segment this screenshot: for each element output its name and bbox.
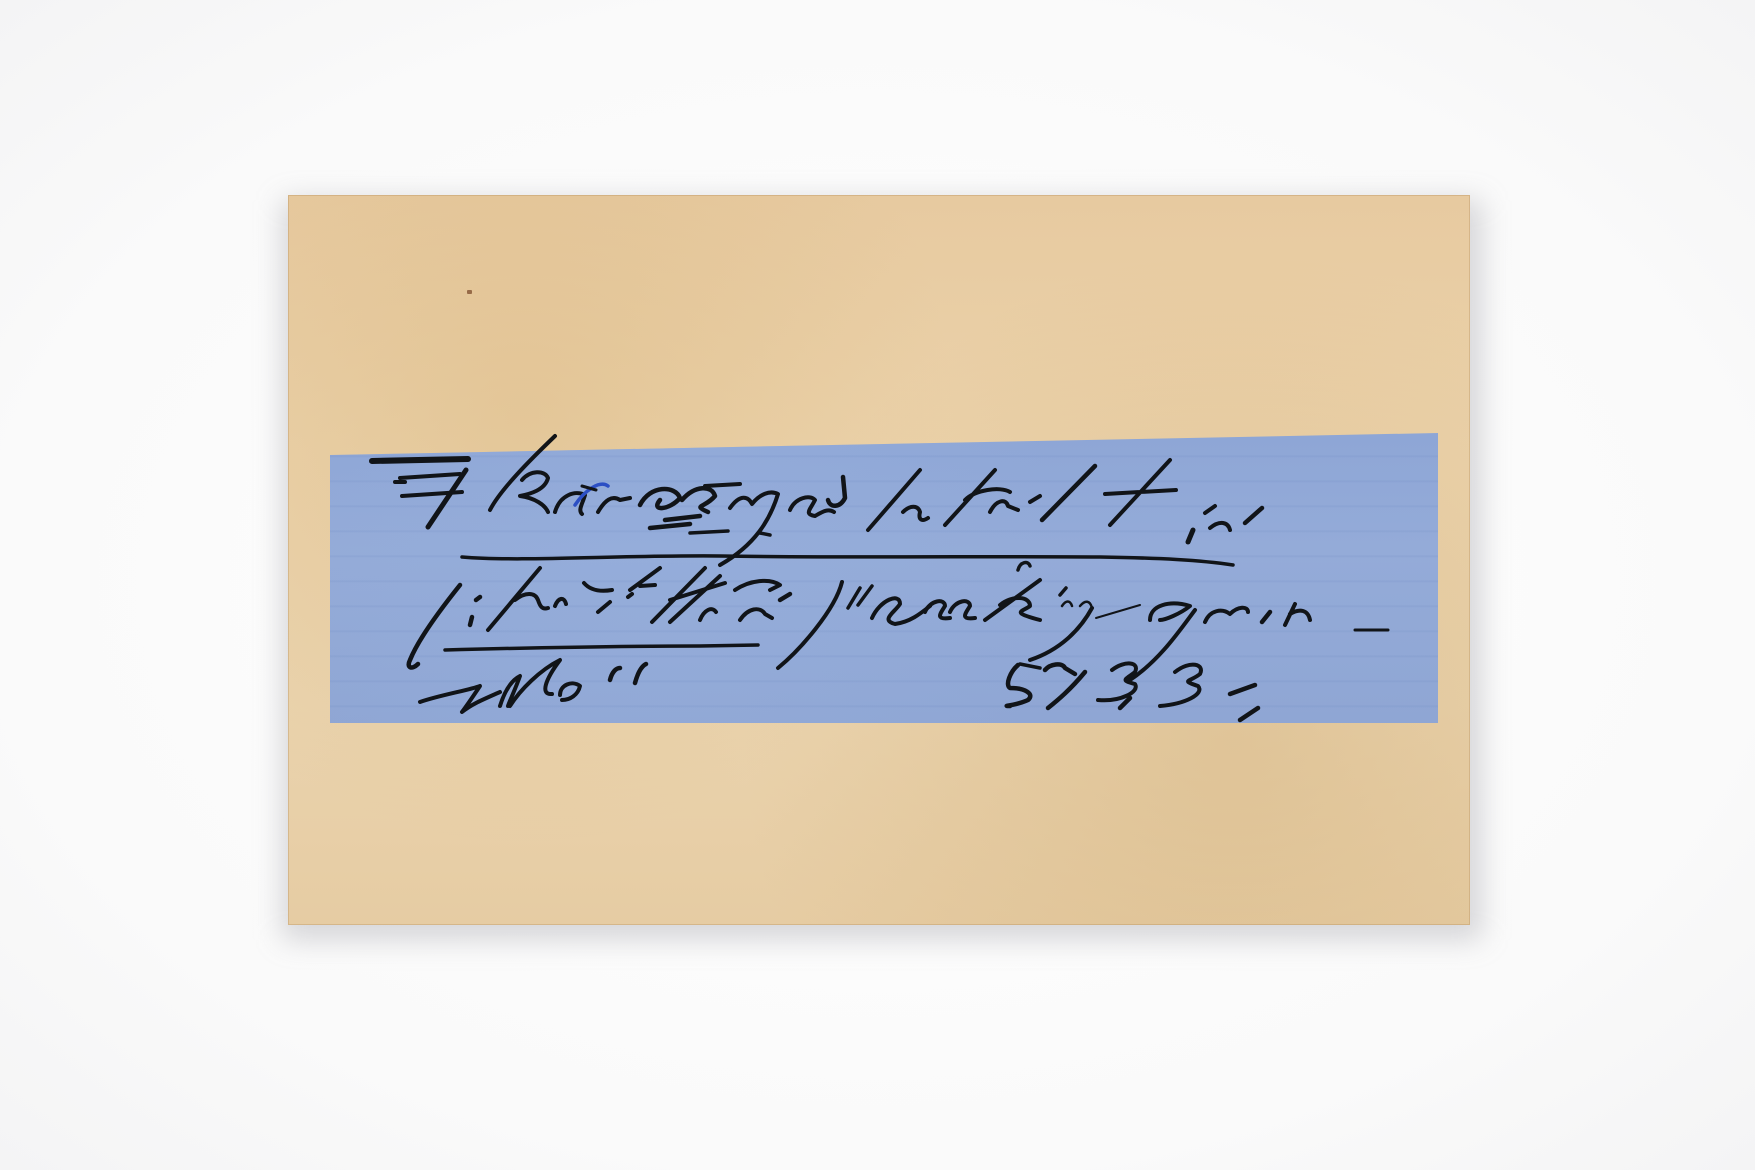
paper-speck <box>467 290 472 294</box>
blue-paper-slip <box>330 433 1438 723</box>
